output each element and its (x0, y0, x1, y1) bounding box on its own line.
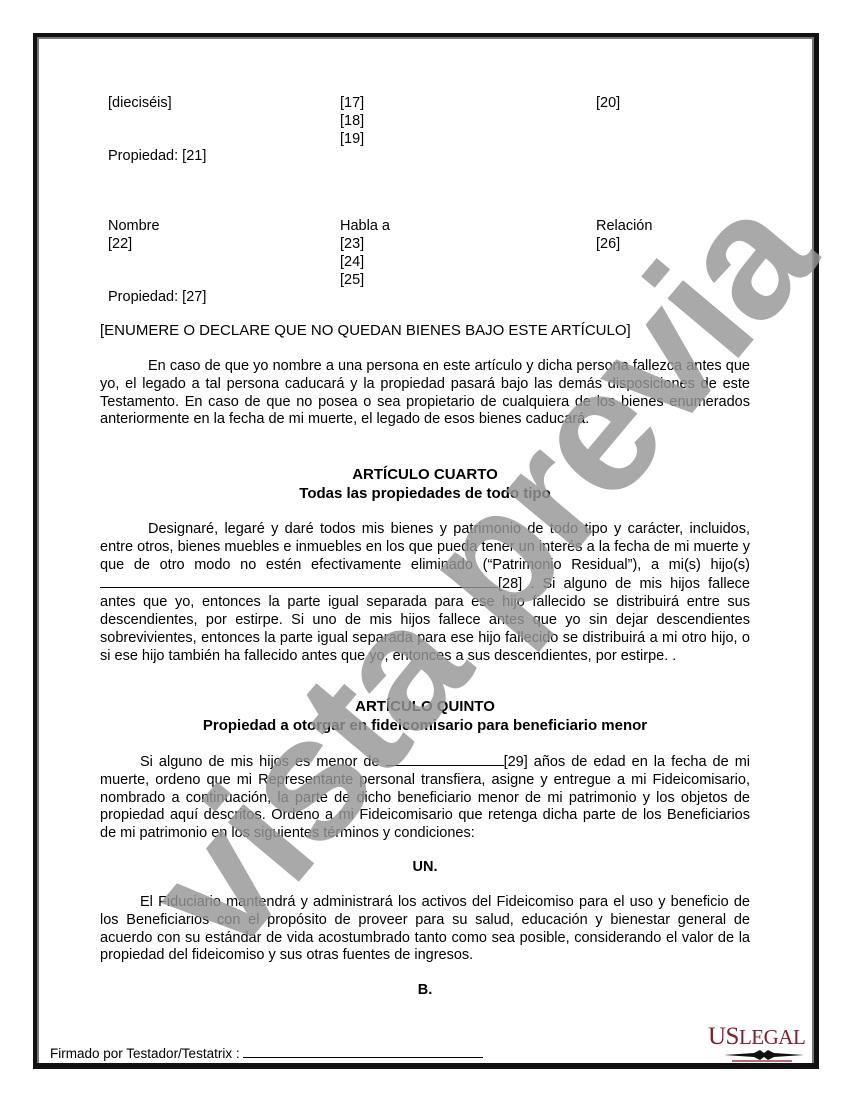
table1-col3: [20] (596, 94, 620, 112)
field-29-label: [29] (504, 754, 528, 770)
table1-property: Propiedad: [21] (108, 147, 206, 165)
field-29-blank[interactable] (386, 752, 504, 766)
article5-title: ARTÍCULO QUINTO (100, 697, 750, 716)
table1-col2: [17] [18] [19] (340, 94, 364, 148)
table2-header-name: Nombre (108, 217, 160, 235)
article4-text-part1: Designaré, legaré y daré todos mis biene… (100, 521, 750, 573)
article5-subtitle: Propiedad a otorgar en fideicomisario pa… (100, 716, 750, 735)
logo-url-strip (732, 1060, 792, 1062)
lapse-paragraph: En caso de que yo nombre a una persona e… (100, 358, 750, 429)
section-a-text: El Fiduciario mantendrá y administrará l… (100, 894, 750, 963)
signature-footer: Firmado por Testador/Testatrix : (50, 1045, 483, 1062)
table1-cell: [19] (340, 130, 364, 148)
table1-cell: [20] (596, 94, 620, 112)
article4-subtitle: Todas las propiedades de todo tipo (100, 484, 750, 503)
document-page: [dieciséis] [17] [18] [19] [20] Propieda… (0, 0, 850, 1100)
table1-col1: [dieciséis] (108, 94, 172, 112)
table2-cell: [26] (596, 235, 652, 253)
article4-text-part2: . Si alguno de mis hijos fallece antes q… (100, 576, 750, 663)
uslegal-logo[interactable]: USLEGAL (708, 1024, 820, 1068)
eagle-wings-icon (724, 1050, 804, 1060)
signature-label: Firmado por Testador/Testatrix : (50, 1046, 240, 1061)
logo-legal: LEGAL (739, 1025, 805, 1049)
lapse-paragraph-text: En caso de que yo nombre a una persona e… (100, 358, 750, 427)
table2-property: Propiedad: [27] (108, 288, 206, 306)
section-a-heading: UN. (100, 858, 750, 877)
table1-cell: [18] (340, 112, 364, 130)
table2-cell: [23] (340, 235, 390, 253)
article4-title: ARTÍCULO CUARTO (100, 465, 750, 484)
field-28-blank[interactable] (100, 574, 498, 588)
table2-header-address: Habla a (340, 217, 390, 235)
table2-cell: [24] (340, 253, 390, 271)
table1-cell: [17] (340, 94, 364, 112)
logo-wordmark: USLEGAL (708, 1024, 820, 1050)
article5-heading: ARTÍCULO QUINTO Propiedad a otorgar en f… (100, 697, 750, 735)
logo-us: US (708, 1023, 739, 1050)
field-28-label: [28] (498, 576, 522, 592)
article5-paragraph: Si alguno de mis hijos es menor de [29] … (100, 752, 750, 843)
section-b-heading: B. (100, 981, 750, 1000)
enumerate-note: [ENUMERE O DECLARE QUE NO QUEDAN BIENES … (100, 322, 631, 340)
table2-cell: [22] (108, 235, 160, 253)
article4-heading: ARTÍCULO CUARTO Todas las propiedades de… (100, 465, 750, 503)
section-a-paragraph: El Fiduciario mantendrá y administrará l… (100, 894, 750, 965)
table2-col2: Habla a [23] [24] [25] (340, 217, 390, 289)
article4-paragraph: Designaré, legaré y daré todos mis biene… (100, 521, 750, 665)
table2-cell: [25] (340, 271, 390, 289)
signature-line[interactable] (243, 1045, 483, 1058)
table2-col3: Relación [26] (596, 217, 652, 253)
table2-col1: Nombre [22] (108, 217, 160, 253)
table2-header-relation: Relación (596, 217, 652, 235)
table1-cell: [dieciséis] (108, 94, 172, 112)
article5-text-part1: Si alguno de mis hijos es menor de (140, 754, 386, 770)
